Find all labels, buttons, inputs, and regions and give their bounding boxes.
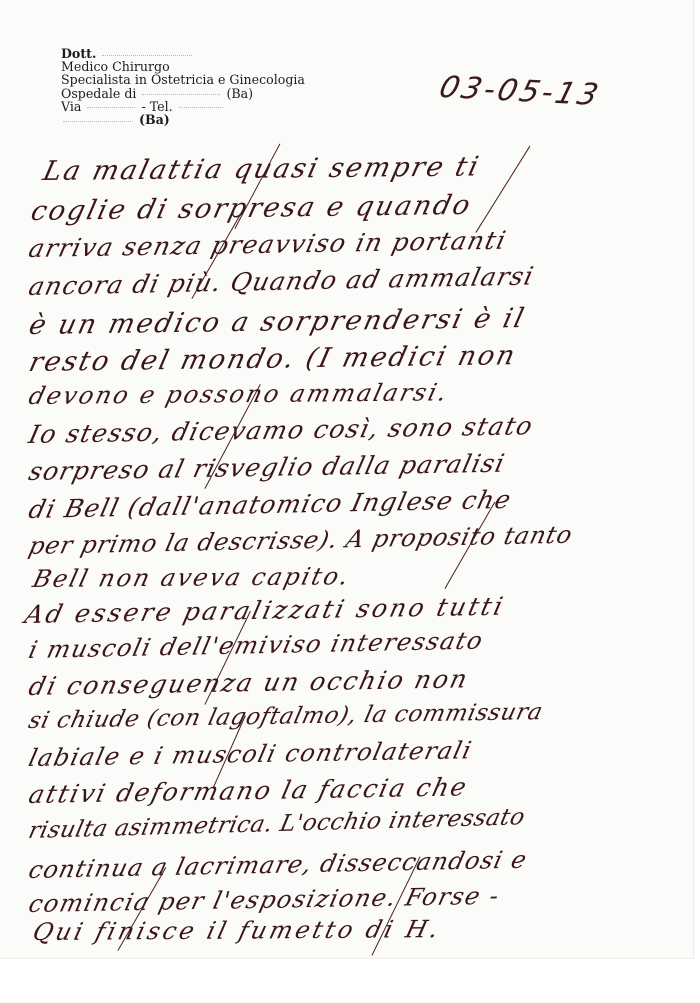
handwritten-line: sorpreso al risveglio dalla paralisi xyxy=(26,449,508,486)
handwritten-line: devono e possono ammalarsi. xyxy=(26,378,452,410)
handwritten-line: di conseguenza un occhio non xyxy=(26,664,472,701)
handwritten-line: Ad essere paralizzati sono tutti xyxy=(22,592,508,629)
handwritten-line: attivi deformano la faccia che xyxy=(26,772,471,809)
handwritten-date: 03-05-13 xyxy=(435,70,604,113)
letterhead-address-label: Via xyxy=(61,99,81,114)
letterhead-city-province: (Ba) xyxy=(139,112,170,127)
letterhead-address-line: Via - Tel. xyxy=(61,100,305,113)
handwritten-line: labiale e i muscoli controlaterali xyxy=(26,736,475,772)
handwritten-line: Qui finisce il fumetto di H. xyxy=(30,915,444,946)
handwritten-line: arriva senza preavviso in portanti xyxy=(26,226,510,263)
letterhead: Dott. Medico Chirurgo Specialista in Ost… xyxy=(61,47,305,126)
redacted-address xyxy=(87,104,135,108)
pen-stroke xyxy=(475,146,530,233)
handwritten-line: per primo la descrisse). A proposito tan… xyxy=(26,521,576,560)
handwritten-line: comincia per l'esposizione. Forse - xyxy=(26,882,503,918)
handwritten-line: Io stesso, dicevamo così, sono stato xyxy=(26,411,537,449)
handwritten-line: si chiude (con lagoftalmo), la commissur… xyxy=(26,699,546,734)
handwritten-line: continua a lacrimare, disseccandosi e xyxy=(26,846,530,884)
redacted-name xyxy=(102,52,192,56)
handwritten-line: risulta asimmetrica. L'occhio interessat… xyxy=(26,804,527,844)
redacted-phone xyxy=(179,104,223,108)
letter-page: Dott. Medico Chirurgo Specialista in Ost… xyxy=(0,0,694,959)
handwritten-line: i muscoli dell'emiviso interessato xyxy=(26,627,486,664)
handwritten-line: ancora di più. Quando ad ammalarsi xyxy=(26,261,537,301)
letterhead-hospital-line: Ospedale di (Ba) xyxy=(61,87,305,100)
letterhead-hospital-province: (Ba) xyxy=(226,86,253,101)
redacted-hospital xyxy=(142,91,220,95)
letterhead-city-line: (Ba) xyxy=(61,113,305,126)
handwritten-line: Bell non aveva capito. xyxy=(30,562,353,593)
handwritten-line: è un medico a sorprendersi è il xyxy=(26,303,529,341)
handwritten-line: resto del mondo. (I medici non xyxy=(26,340,520,378)
handwritten-line: La malattia quasi sempre ti xyxy=(40,151,484,187)
redacted-city xyxy=(63,118,133,122)
handwritten-line: di Bell (dall'anatomico Inglese che xyxy=(26,485,515,524)
